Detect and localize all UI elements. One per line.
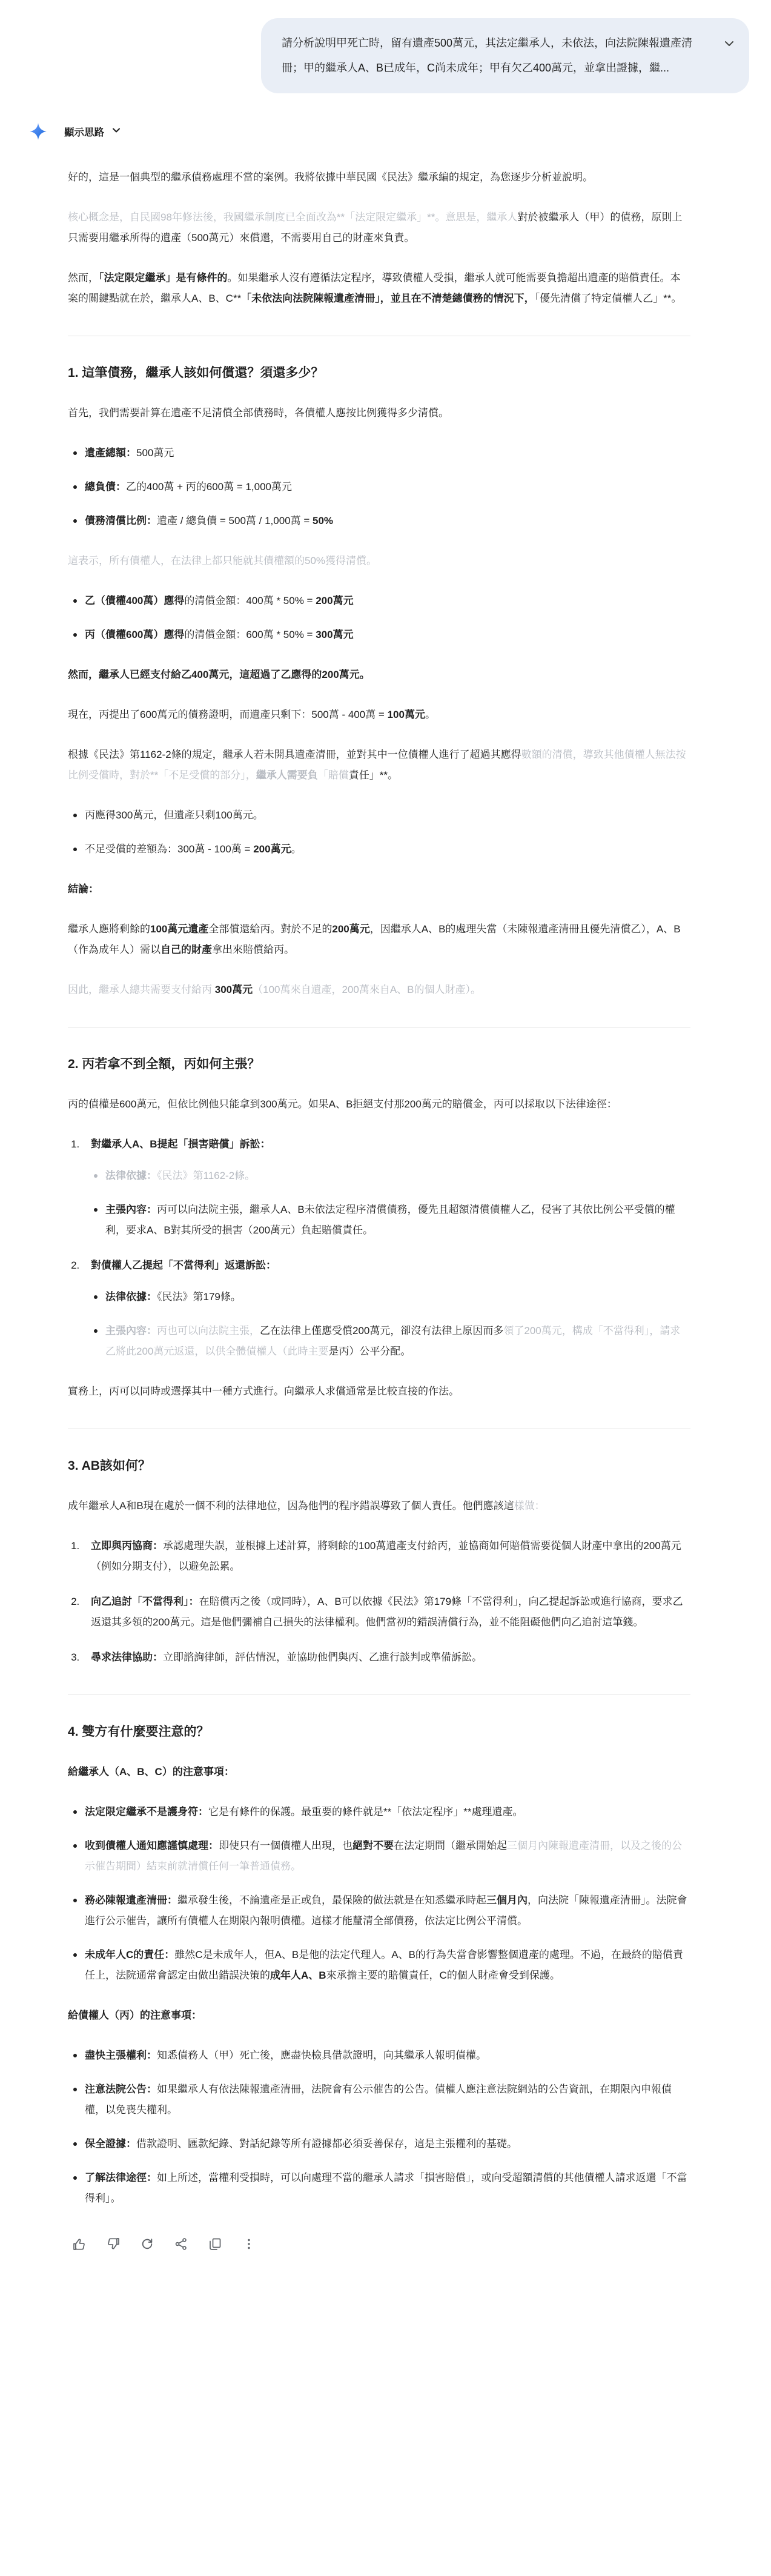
divider [68, 1429, 690, 1429]
text-run: 成年人A、B [270, 1970, 326, 1981]
text-run: 遺產總額： [85, 447, 136, 459]
thumbs-up-button[interactable] [71, 2237, 87, 2252]
text-run: 《民法》第1162-2條。 [157, 1170, 255, 1181]
text-run: 50% [313, 515, 333, 526]
list-item: 立即與丙協商：承認處理失誤，並根據上述計算，將剩餘的100萬遺產支付給丙，並協商… [82, 1536, 690, 1577]
section-heading: 1. 這筆債務，繼承人該如何償還？須還多少？ [68, 364, 690, 382]
list-item: 債務清償比例：遺產 / 總負債 = 500萬 / 1,000萬 = 50% [85, 511, 690, 531]
text-run: 「賠償 [318, 769, 349, 781]
divider [68, 336, 690, 336]
paragraph: 丙的債權是600萬元，但依比例他只能拿到300萬元。如果A、B拒絕支付那200萬… [68, 1094, 690, 1115]
text-run: 絕對不要 [352, 1840, 394, 1851]
model-turn-header: 顯示思路 [29, 122, 771, 141]
more-options-button[interactable] [241, 2237, 257, 2252]
text-run: 知悉債務人（甲）死亡後，應盡快檢具借款證明，向其繼承人報明債權。 [157, 2050, 486, 2061]
text-run: 結論： [68, 883, 99, 895]
text-run: 乙的400萬 + 丙的600萬 = 1,000萬元 [126, 481, 292, 493]
text-run: 盡快主張權利： [85, 2050, 157, 2061]
text-run: 這表示，所有債權人，在法律上都只能就其債權額的50%獲得清償。 [68, 555, 377, 566]
paragraph: 根據《民法》第1162-2條的規定，繼承人若未開具遺產清冊，並對其中一位債權人進… [68, 745, 690, 786]
text-run: 「未依法向法院陳報遺產清冊」，並且在不清楚總債務的情況下， [241, 293, 535, 304]
text-run: 300萬元 [215, 984, 253, 995]
paragraph: 給債權人（丙）的注意事項： [68, 2005, 690, 2026]
text-run: 2. 丙若拿不到全額，丙如何主張？ [68, 1057, 260, 1071]
text-run: 給繼承人（A、B、C）的注意事項： [68, 1766, 234, 1778]
text-run: 4. 雙方有什麼要注意的？ [68, 1725, 209, 1739]
more-options-icon [242, 2237, 256, 2253]
text-run: 總負債： [85, 481, 126, 493]
chevron-down-icon [110, 124, 122, 139]
regenerate-button[interactable] [139, 2237, 155, 2252]
text-run: 1. 這筆債務，繼承人該如何償還？須還多少？ [68, 366, 323, 380]
text-run: 樣做： [514, 1500, 545, 1512]
text-run: 然而，繼承人已經支付給乙400萬元，這超過了乙應得的200萬元。 [68, 669, 370, 680]
text-run: 責任」**。 [349, 769, 398, 781]
text-run: 200萬元 [332, 923, 369, 935]
paragraph: 核心概念是，自民國98年修法後，我國繼承制度已全面改為**「法定限定繼承」**。… [68, 207, 690, 248]
text-run: 來承擔主要的賠償責任，C的個人財產會受到保護。 [326, 1970, 560, 1981]
paragraph: 繼承人應將剩餘的100萬元遺產全部償還給丙。對於不足的200萬元，因繼承人A、B… [68, 919, 690, 960]
text-run: 承認處理失誤，並根據上述計算，將剩餘的100萬遺產支付給丙，並協商如何賠償需要從… [91, 1540, 681, 1572]
paragraph: 成年繼承人A和B現在處於一個不利的法律地位，因為他們的程序錯誤導致了個人責任。他… [68, 1496, 690, 1516]
text-run: 丙的債權是600萬元，但依比例他只能拿到300萬元。如果A、B拒絕支付那200萬… [68, 1098, 617, 1110]
sub-list-item: 主張內容：丙可以向法院主張，繼承人A、B未依法定程序清償債務，優先且超額清償債權… [105, 1200, 690, 1241]
list-item: 乙（債權400萬）應得的清償金額：400萬 * 50% = 200萬元 [85, 591, 690, 611]
bullet-list: 丙應得300萬元，但遺產只剩100萬元。不足受償的差額為：300萬 - 100萬… [68, 805, 690, 860]
list-item: 總負債：乙的400萬 + 丙的600萬 = 1,000萬元 [85, 477, 690, 497]
text-run: 實務上，丙可以同時或選擇其中一種方式進行。向繼承人求償通常是比較直接的作法。 [68, 1386, 459, 1397]
paragraph: 然而，繼承人已經支付給乙400萬元，這超過了乙應得的200萬元。 [68, 665, 690, 685]
bullet-list: 乙（債權400萬）應得的清償金額：400萬 * 50% = 200萬元丙（債權6… [68, 591, 690, 645]
text-run: （100萬來自遺產，200萬來自A、B的個人財產）。 [253, 984, 481, 995]
divider [68, 1027, 690, 1027]
text-run: 繼承人需要負 [256, 769, 318, 781]
text-run: 200萬元 [253, 843, 291, 855]
text-run: 的清償金額：600萬 * 50% = [184, 629, 316, 640]
text-run: 根據《民法》第1162-2條的規定，繼承人若未開具遺產清冊，並對其中一位債權人進… [68, 749, 521, 760]
numbered-list: 立即與丙協商：承認處理失誤，並根據上述計算，將剩餘的100萬遺產支付給丙，並協商… [68, 1536, 690, 1668]
user-message-bubble: 請分析說明甲死亡時，留有遺產500萬元，其法定繼承人，未依法，向法院陳報遺產清冊… [261, 18, 749, 93]
sub-list-item: 法律依據：《民法》第1162-2條。 [105, 1166, 690, 1186]
text-run: 成年繼承人A和B現在處於一個不利的法律地位，因為他們的程序錯誤導致了個人責任。他… [68, 1500, 514, 1512]
text-run: 務必陳報遺產清冊： [85, 1894, 177, 1906]
share-icon [174, 2237, 188, 2253]
show-thinking-label: 顯示思路 [64, 124, 104, 139]
text-run: 如上所述，當權利受損時，可以向處理不當的繼承人請求「損害賠償」，或向受超額清償的… [85, 2172, 687, 2204]
list-item: 丙應得300萬元，但遺產只剩100萬元。 [85, 805, 690, 826]
section-heading: 4. 雙方有什麼要注意的？ [68, 1723, 690, 1741]
copy-icon [208, 2237, 222, 2253]
text-run: 立即諮詢律師，評估情況，並協助他們與丙、乙進行談判或準備訴訟。 [163, 1651, 482, 1663]
text-run: 全部償還給丙。對於不足的 [208, 923, 332, 935]
text-run: 現在，丙提出了600萬元的債務證明，而遺產只剩下：500萬 - 400萬 = [68, 709, 388, 720]
text-run: 「法定限定繼承」是有條件的 [99, 272, 228, 284]
text-run: 。 [291, 843, 302, 855]
text-run: 繼承發生後，不論遺產是正或負，最保險的做法就是在知悉繼承時起 [177, 1894, 486, 1906]
paragraph: 然而，「法定限定繼承」是有條件的。如果繼承人沒有遵循法定程序，導致債權人受損，繼… [68, 268, 690, 309]
text-run: 保全證據： [85, 2138, 136, 2149]
text-run: 《民法》第179條。 [157, 1291, 241, 1303]
bullet-list: 法定限定繼承不是護身符：它是有條件的保護。最重要的條件就是**「依法定程序」**… [68, 1802, 690, 1986]
chevron-down-icon [722, 44, 736, 53]
list-item: 了解法律途徑：如上所述，當權利受損時，可以向處理不當的繼承人請求「損害賠償」，或… [85, 2168, 690, 2209]
model-response: 好的，這是一個典型的繼承債務處理不當的案例。我將依據中華民國《民法》繼承編的規定… [0, 141, 771, 2209]
response-action-bar [71, 2237, 771, 2252]
text-run: 給債權人（丙）的注意事項： [68, 2010, 202, 2021]
text-run: 乙在法律上僅應受償200萬元，卻沒有法律上原因而多 [260, 1325, 503, 1336]
text-run: 在法定期間（繼承開始起 [394, 1840, 507, 1851]
list-item: 尋求法律協助：立即諮詢律師，評估情況，並協助他們與丙、乙進行談判或準備訴訟。 [82, 1647, 690, 1668]
text-run: 丙（債權600萬）應得 [85, 629, 184, 640]
paragraph: 首先，我們需要計算在遺產不足清償全部債務時，各債權人應按比例獲得多少清償。 [68, 403, 690, 423]
copy-button[interactable] [207, 2237, 223, 2252]
text-run: 對債權人乙提起「不當得利」返還訴訟： [91, 1260, 276, 1271]
bullet-list: 盡快主張權利：知悉債務人（甲）死亡後，應盡快檢具借款證明，向其繼承人報明債權。注… [68, 2045, 690, 2209]
show-thinking-button[interactable]: 顯示思路 [64, 124, 122, 139]
paragraph: 這表示，所有債權人，在法律上都只能就其債權額的50%獲得清償。 [68, 551, 690, 571]
text-run: 繼承人應將剩餘的 [68, 923, 150, 935]
text-run: 了解法律途徑： [85, 2172, 157, 2183]
list-item: 不足受償的差額為：300萬 - 100萬 = 200萬元。 [85, 839, 690, 860]
list-item: 盡快主張權利：知悉債務人（甲）死亡後，應盡快檢具借款證明，向其繼承人報明債權。 [85, 2045, 690, 2066]
text-run: 然而， [68, 272, 99, 284]
divider [68, 1695, 690, 1695]
text-run: 尋求法律協助： [91, 1651, 163, 1663]
text-run: 向乙追討「不當得利」： [91, 1596, 199, 1607]
chat-page: 請分析說明甲死亡時，留有遺產500萬元，其法定繼承人，未依法，向法院陳報遺產清冊… [0, 0, 771, 2274]
text-run: 500萬元 [136, 447, 174, 459]
regenerate-icon [140, 2237, 154, 2253]
text-run: 主張內容： [105, 1325, 157, 1336]
thumbs-up-icon [72, 2237, 87, 2253]
text-run: 因此，繼承人總共需要支付給丙 [68, 984, 215, 995]
paragraph: 給繼承人（A、B、C）的注意事項： [68, 1762, 690, 1782]
text-run: 遺產 / 總負債 = 500萬 / 1,000萬 = [157, 515, 313, 526]
bullet-list: 遺產總額：500萬元總負債：乙的400萬 + 丙的600萬 = 1,000萬元債… [68, 443, 690, 531]
text-run: 對繼承人A、B提起「損害賠償」訴訟： [91, 1138, 271, 1150]
user-message-text: 請分析說明甲死亡時，留有遺產500萬元，其法定繼承人，未依法，向法院陳報遺產清冊… [282, 37, 692, 74]
text-run: 法律依據： [105, 1170, 157, 1181]
text-run: 100萬元遺產 [150, 923, 208, 935]
text-run: 借款證明、匯款紀錄、對話紀錄等所有證據都必須妥善保存，這是主張權利的基礎。 [136, 2138, 517, 2149]
text-run: 丙應得300萬元，但遺產只剩100萬元。 [85, 809, 263, 821]
list-item: 向乙追討「不當得利」：在賠償丙之後（或同時），A、B可以依據《民法》第179條「… [82, 1592, 690, 1633]
paragraph: 實務上，丙可以同時或選擇其中一種方式進行。向繼承人求償通常是比較直接的作法。 [68, 1381, 690, 1402]
text-run: 它是有條件的保護。最重要的條件就是**「依法定程序」**處理遺產。 [208, 1806, 523, 1817]
section-heading: 2. 丙若拿不到全額，丙如何主張？ [68, 1055, 690, 1074]
sub-bullet-list: 法律依據：《民法》第179條。主張內容：丙也可以向法院主張，乙在法律上僅應受償2… [91, 1287, 690, 1362]
text-run: 法定限定繼承不是護身符： [85, 1806, 208, 1817]
text-run: 首先，我們需要計算在遺產不足清償全部債務時，各債權人應按比例獲得多少清償。 [68, 407, 449, 419]
text-run: 200萬元 [316, 595, 353, 606]
text-run: 三個月內 [486, 1894, 528, 1906]
text-run: 注意法院公告： [85, 2083, 157, 2095]
list-item: 遺產總額：500萬元 [85, 443, 690, 463]
list-item: 未成年人C的責任：雖然C是未成年人，但A、B是他的法定代理人。A、B的行為失當會… [85, 1945, 690, 1986]
numbered-list: 對繼承人A、B提起「損害賠償」訴訟：法律依據：《民法》第1162-2條。主張內容… [68, 1134, 690, 1362]
text-run: 即使只有一個債權人出現，也 [219, 1840, 352, 1851]
text-run: 拿出來賠償給丙。 [212, 944, 294, 955]
paragraph: 因此，繼承人總共需要支付給丙 300萬元（100萬來自遺產，200萬來自A、B的… [68, 980, 690, 1000]
text-run: 丙也可以向法院主張， [157, 1325, 260, 1336]
text-run: 是丙）公平分配。 [328, 1346, 411, 1357]
list-item: 收到債權人通知應謹慎處理：即使只有一個債權人出現，也絕對不要在法定期間（繼承開始… [85, 1836, 690, 1877]
list-item: 對債權人乙提起「不當得利」返還訴訟：法律依據：《民法》第179條。主張內容：丙也… [82, 1255, 690, 1362]
text-run: 立即與丙協商： [91, 1540, 163, 1552]
sub-list-item: 主張內容：丙也可以向法院主張，乙在法律上僅應受償200萬元，卻沒有法律上原因而多… [105, 1321, 690, 1362]
text-run: 主張內容： [105, 1204, 157, 1215]
paragraph: 好的，這是一個典型的繼承債務處理不當的案例。我將依據中華民國《民法》繼承編的規定… [68, 167, 690, 188]
text-run: 100萬元 [388, 709, 425, 720]
text-run: 債務清償比例： [85, 515, 157, 526]
paragraph: 現在，丙提出了600萬元的債務證明，而遺產只剩下：500萬 - 400萬 = 1… [68, 705, 690, 725]
share-button[interactable] [173, 2237, 189, 2252]
text-run: 乙（債權400萬）應得 [85, 595, 184, 606]
text-run: 3. AB該如何？ [68, 1459, 151, 1473]
text-run: 「優先清償了特定債權人乙」**。 [535, 293, 682, 304]
text-run: 法律依據： [105, 1291, 157, 1303]
list-item: 對繼承人A、B提起「損害賠償」訴訟：法律依據：《民法》第1162-2條。主張內容… [82, 1134, 690, 1241]
user-turn: 請分析說明甲死亡時，留有遺產500萬元，其法定繼承人，未依法，向法院陳報遺產清冊… [0, 18, 771, 93]
gemini-sparkle-icon [29, 122, 47, 141]
section-heading: 3. AB該如何？ [68, 1457, 690, 1475]
sub-list-item: 法律依據：《民法》第179條。 [105, 1287, 690, 1307]
sub-bullet-list: 法律依據：《民法》第1162-2條。主張內容：丙可以向法院主張，繼承人A、B未依… [91, 1166, 690, 1241]
thumbs-down-icon [106, 2237, 121, 2253]
paragraph: 結論： [68, 879, 690, 900]
text-run: 的清償金額：400萬 * 50% = [184, 595, 316, 606]
text-run: 。 [425, 709, 435, 720]
list-item: 務必陳報遺產清冊：繼承發生後，不論遺產是正或負，最保險的做法就是在知悉繼承時起三… [85, 1890, 690, 1931]
list-item: 注意法院公告：如果繼承人有依法陳報遺產清冊，法院會有公示催告的公告。債權人應注意… [85, 2079, 690, 2120]
text-run: 丙可以向法院主張，繼承人A、B未依法定程序清償債務，優先且超額清償債權人乙，侵害… [105, 1204, 675, 1236]
text-run: 如果繼承人有依法陳報遺產清冊，法院會有公示催告的公告。債權人應注意法院網站的公告… [85, 2083, 672, 2116]
text-run: 不足受償的差額為：300萬 - 100萬 = [85, 843, 253, 855]
expand-user-message-button[interactable] [721, 36, 737, 52]
text-run: 核心概念是，自民國98年修法後，我國繼承制度已全面改為**「法定限定繼承」**。… [68, 211, 517, 223]
list-item: 保全證據：借款證明、匯款紀錄、對話紀錄等所有證據都必須妥善保存，這是主張權利的基… [85, 2134, 690, 2154]
text-run: 收到債權人通知應謹慎處理： [85, 1840, 219, 1851]
thumbs-down-button[interactable] [105, 2237, 121, 2252]
text-run: 自己的財產 [160, 944, 212, 955]
list-item: 丙（債權600萬）應得的清償金額：600萬 * 50% = 300萬元 [85, 625, 690, 645]
text-run: 300萬元 [316, 629, 353, 640]
list-item: 法定限定繼承不是護身符：它是有條件的保護。最重要的條件就是**「依法定程序」**… [85, 1802, 690, 1822]
text-run: 好的，這是一個典型的繼承債務處理不當的案例。我將依據中華民國《民法》繼承編的規定… [68, 171, 593, 183]
text-run: 未成年人C的責任： [85, 1949, 174, 1960]
